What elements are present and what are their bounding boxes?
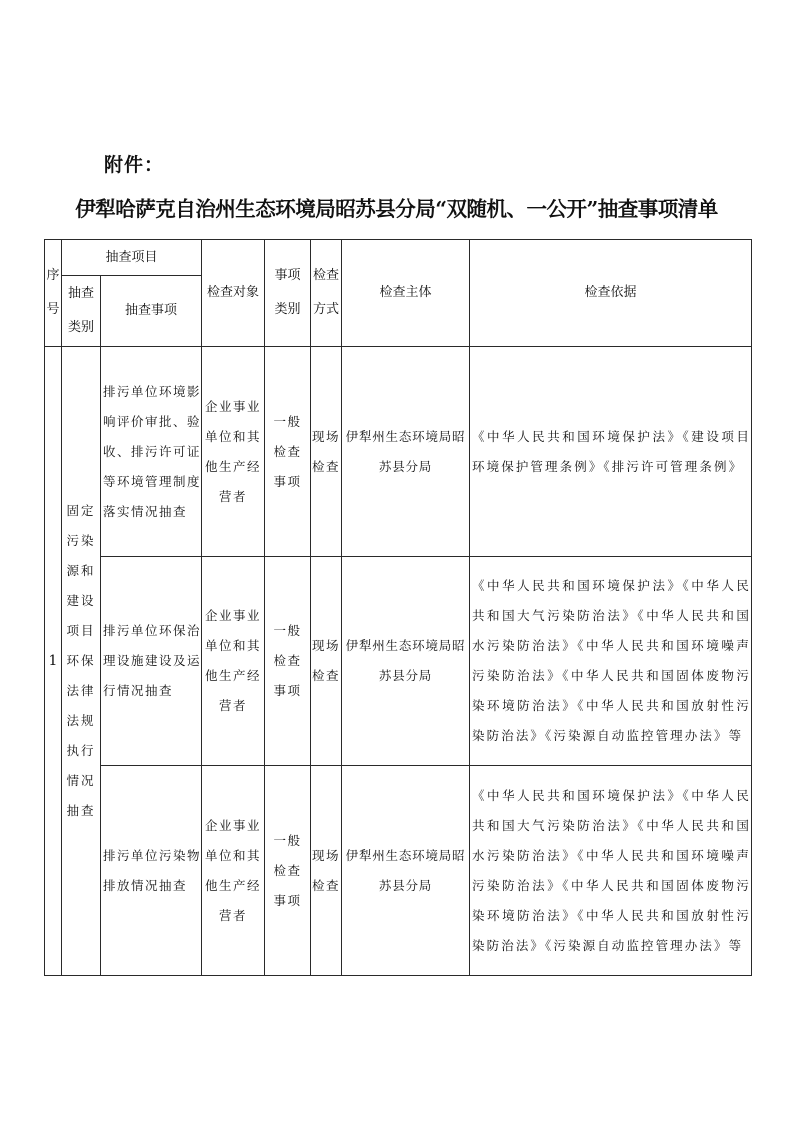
method-text: 现场检查: [311, 557, 342, 766]
attachment-label: 附件：: [104, 150, 164, 177]
target-text: 企业事业单位和其他生产经营者: [202, 557, 265, 766]
basis-text: 《中华人民共和国环境保护法》《建设项目环境保护管理条例》《排污许可管理条例》: [470, 347, 752, 557]
header-method: 检查方式: [311, 240, 342, 347]
table-row: 排污单位环保治理设施建设及运行情况抽查 企业事业单位和其他生产经营者 一般检查事…: [45, 557, 752, 766]
subject-text: 伊犁州生态环境局昭苏县分局: [342, 766, 470, 976]
table-row: 排污单位污染物排放情况抽查 企业事业单位和其他生产经营者 一般检查事项 现场检查…: [45, 766, 752, 976]
document-title: 伊犁哈萨克自治州生态环境局昭苏县分局“双随机、一公开”抽查事项清单: [0, 192, 793, 222]
header-subject: 检查主体: [342, 240, 470, 347]
method-text: 现场检查: [311, 347, 342, 557]
item-text: 排污单位污染物排放情况抽查: [101, 766, 202, 976]
inspection-checklist-table: 序号 抽查项目 检查对象 事项类别 检查方式 检查主体 检查依据 抽查类别 抽查…: [44, 239, 752, 976]
header-item-group: 抽查项目: [62, 240, 202, 276]
header-item: 抽查事项: [101, 276, 202, 347]
basis-text: 《中华人民共和国环境保护法》《中华人民共和国大气污染防治法》《中华人民共和国水污…: [470, 557, 752, 766]
target-text: 企业事业单位和其他生产经营者: [202, 347, 265, 557]
type-text: 一般检查事项: [265, 766, 311, 976]
table-header: 序号 抽查项目 检查对象 事项类别 检查方式 检查主体 检查依据 抽查类别 抽查…: [45, 240, 752, 347]
item-text: 排污单位环保治理设施建设及运行情况抽查: [101, 557, 202, 766]
header-seq: 序号: [45, 240, 62, 347]
row-category: 固定污染源和建设项目环保法律法规执行情况抽查: [62, 347, 101, 976]
header-target: 检查对象: [202, 240, 265, 347]
item-text: 排污单位环境影响评价审批、验收、排污许可证等环境管理制度落实情况抽查: [101, 347, 202, 557]
target-text: 企业事业单位和其他生产经营者: [202, 766, 265, 976]
type-text: 一般检查事项: [265, 347, 311, 557]
row-seq: 1: [45, 347, 62, 976]
header-type: 事项类别: [265, 240, 311, 347]
header-category: 抽查类别: [62, 276, 101, 347]
type-text: 一般检查事项: [265, 557, 311, 766]
subject-text: 伊犁州生态环境局昭苏县分局: [342, 347, 470, 557]
basis-text: 《中华人民共和国环境保护法》《中华人民共和国大气污染防治法》《中华人民共和国水污…: [470, 766, 752, 976]
table-row: 1 固定污染源和建设项目环保法律法规执行情况抽查 排污单位环境影响评价审批、验收…: [45, 347, 752, 557]
method-text: 现场检查: [311, 766, 342, 976]
subject-text: 伊犁州生态环境局昭苏县分局: [342, 557, 470, 766]
header-basis: 检查依据: [470, 240, 752, 347]
